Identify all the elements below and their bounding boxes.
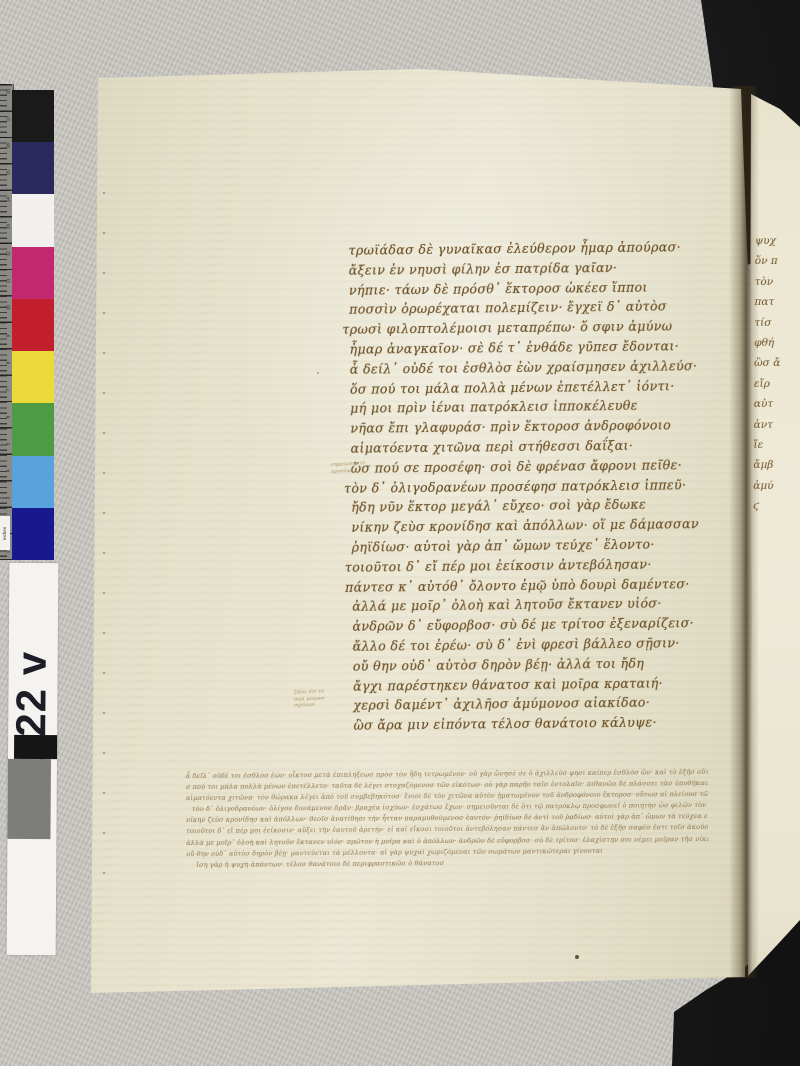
ruler-number: 17 [7,113,12,121]
ruler-number: 10 [7,302,12,310]
folio-label-strip: 222 v [7,563,59,955]
facing-page-line-fragment: ἵε [753,435,799,456]
greek-verse-line: τρωϊάδασ δὲ γυναῖκασ ἐλεύθερον ἦμαρ ἀπού… [348,237,688,260]
facing-page-line-fragment: αὐτ [754,394,800,415]
facing-page-line-fragment: πατ [754,292,800,313]
gutter-shadow [729,86,759,978]
color-square [12,247,54,299]
facing-page-line-fragment: τίσ [754,312,800,333]
facing-page-line-fragment: ὣσ ἄ [754,353,800,374]
ruler-number: 15 [7,167,12,175]
ruler-number: 3 [7,492,12,500]
wormhole-speck [575,955,579,959]
facing-page-line-fragment: ὅν π [755,251,800,272]
color-calibration-chart [12,90,54,560]
ruler-unit-text: Inches [3,526,8,539]
facing-page-text-fragments: ψυχὅν πτὸνπαττίσφθήὣσ ἄεἴραὐτἀντἵεἄμβἀμύ… [753,231,800,517]
color-square [12,403,54,455]
facing-page-line-fragment: ἀντ [754,414,800,435]
greek-verse-line: ὅσ πού τοι μάλα πολλὰ μένων ἐπετέλλετ᾽ ἰ… [350,376,690,399]
ruler-number: 16 [7,140,12,148]
color-square [12,90,54,142]
ruler-number: 14 [7,194,12,202]
ruler-number: 5 [7,438,12,446]
color-square [12,508,54,560]
greek-verse-line: νῆασ ἔπι γλαφυράσ· πρὶν ἕκτοροσ ἀνδροφόν… [350,415,690,438]
ruler-number: 4 [7,465,12,473]
ruler-number: 12 [7,248,12,256]
manuscript-photo: ψυχὅν πτὸνπαττίσφθήὣσ ἄεἴραὐτἀντἵεἄμβἀμύ… [0,0,800,1066]
facing-page-line-fragment: ψυχ [755,231,800,252]
diple-margin-mark: › [352,640,356,653]
facing-page-line-fragment: εἴρ [754,374,800,395]
pricking-holes [103,192,105,912]
color-square [12,142,54,194]
ruler-number: 18 [7,86,12,94]
marginal-gloss-upper: σημείωσαι τὸπροσέφη [331,460,366,475]
facing-page-line-fragment: τὸν [755,272,800,293]
greek-verse-line: ὣσ ἄρα μιν εἰπόντα τέλοσ θανάτοιο κάλυψε… [353,712,693,735]
ruler-number: 8 [7,356,12,364]
color-square [12,194,54,246]
bottom-scholia-block: ἆ δεῖλ᾽ οὐδέ τοι ἐσθλὸσ ἐών· οἶκτοσ μετὰ… [186,767,709,871]
ruler-number: 13 [7,221,12,229]
ruler-unit-label: Inches [0,516,10,550]
calibration-patch-black [14,735,57,759]
facing-page-line-fragment: φθή [754,333,800,354]
color-square [12,456,54,508]
ink-speck [317,372,319,374]
color-square [12,299,54,351]
ruler-number: 7 [7,383,12,391]
marginal-gloss-lower: ζήτει εἰσ τὸπερὶ μοίρασσχόλιον [294,688,325,709]
ruler-number: 6 [7,410,12,418]
facing-page-line-fragment: ἀμύ [753,476,799,497]
main-greek-text-block: τρωϊάδασ δὲ γυναῖκασ ἐλεύθερον ἦμαρ ἀπού… [348,237,693,735]
gloss-line: σχόλιον [294,701,325,709]
calibration-patch-gray [7,759,51,839]
facing-page-line-fragment: ϛ [753,496,799,517]
ruler-number: 9 [7,329,12,337]
facing-page-line-fragment: ἄμβ [753,455,799,476]
ruler-number: 11 [7,275,12,283]
color-square [12,351,54,403]
